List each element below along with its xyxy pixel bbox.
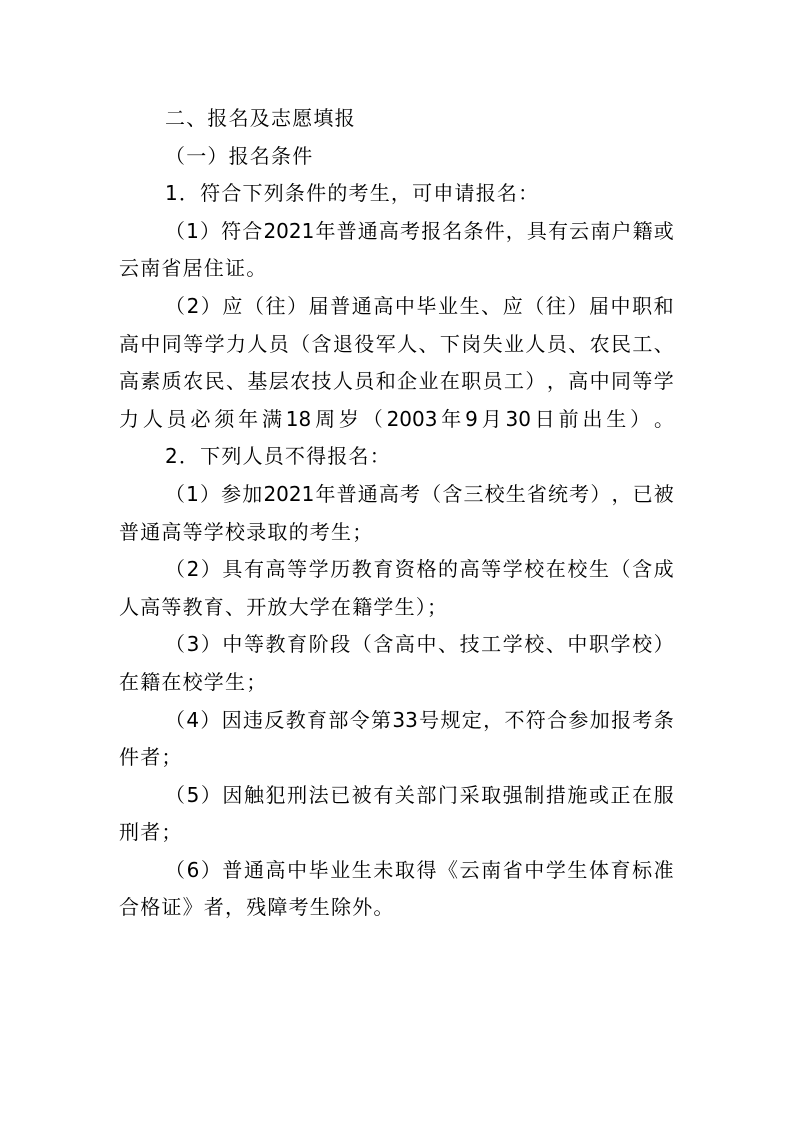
document-page: 二、报名及志愿填报（一）报名条件1．符合下列条件的考生，可申请报名：（1）符合2… [119, 100, 674, 927]
text-line: 在籍在校学生； [119, 664, 674, 702]
text-line: 1．符合下列条件的考生，可申请报名： [119, 175, 674, 213]
text-line: 云南省居住证。 [119, 250, 674, 288]
text-line: 2．下列人员不得报名： [119, 438, 674, 476]
text-line: （2）具有高等学历教育资格的高等学校在校生（含成 [119, 551, 674, 589]
text-line: 人高等教育、开放大学在籍学生）； [119, 589, 674, 627]
text-line: （6）普通高中毕业生未取得《云南省中学生体育标准 [119, 852, 674, 890]
text-line: 件者； [119, 739, 674, 777]
text-line: 刑者； [119, 814, 674, 852]
text-line: 合格证》者，残障考生除外。 [119, 889, 674, 927]
text-line: 高中同等学力人员（含退役军人、下岗失业人员、农民工、 [119, 326, 674, 364]
text-line: （1）参加2021年普通高考（含三校生省统考），已被 [119, 476, 674, 514]
text-line: 力人员必须年满18周岁（2003年9月30日前出生）。 [119, 401, 674, 439]
text-line: 高素质农民、基层农技人员和企业在职员工），高中同等学 [119, 363, 674, 401]
text-line: （5）因触犯刑法已被有关部门采取强制措施或正在服 [119, 777, 674, 815]
text-line: （4）因违反教育部令第33号规定，不符合参加报考条 [119, 702, 674, 740]
text-line: （1）符合2021年普通高考报名条件，具有云南户籍或 [119, 213, 674, 251]
text-line: （3）中等教育阶段（含高中、技工学校、中职学校） [119, 626, 674, 664]
text-line: 普通高等学校录取的考生； [119, 514, 674, 552]
text-line: （一）报名条件 [119, 138, 674, 176]
text-line: （2）应（往）届普通高中毕业生、应（往）届中职和 [119, 288, 674, 326]
text-line: 二、报名及志愿填报 [119, 100, 674, 138]
